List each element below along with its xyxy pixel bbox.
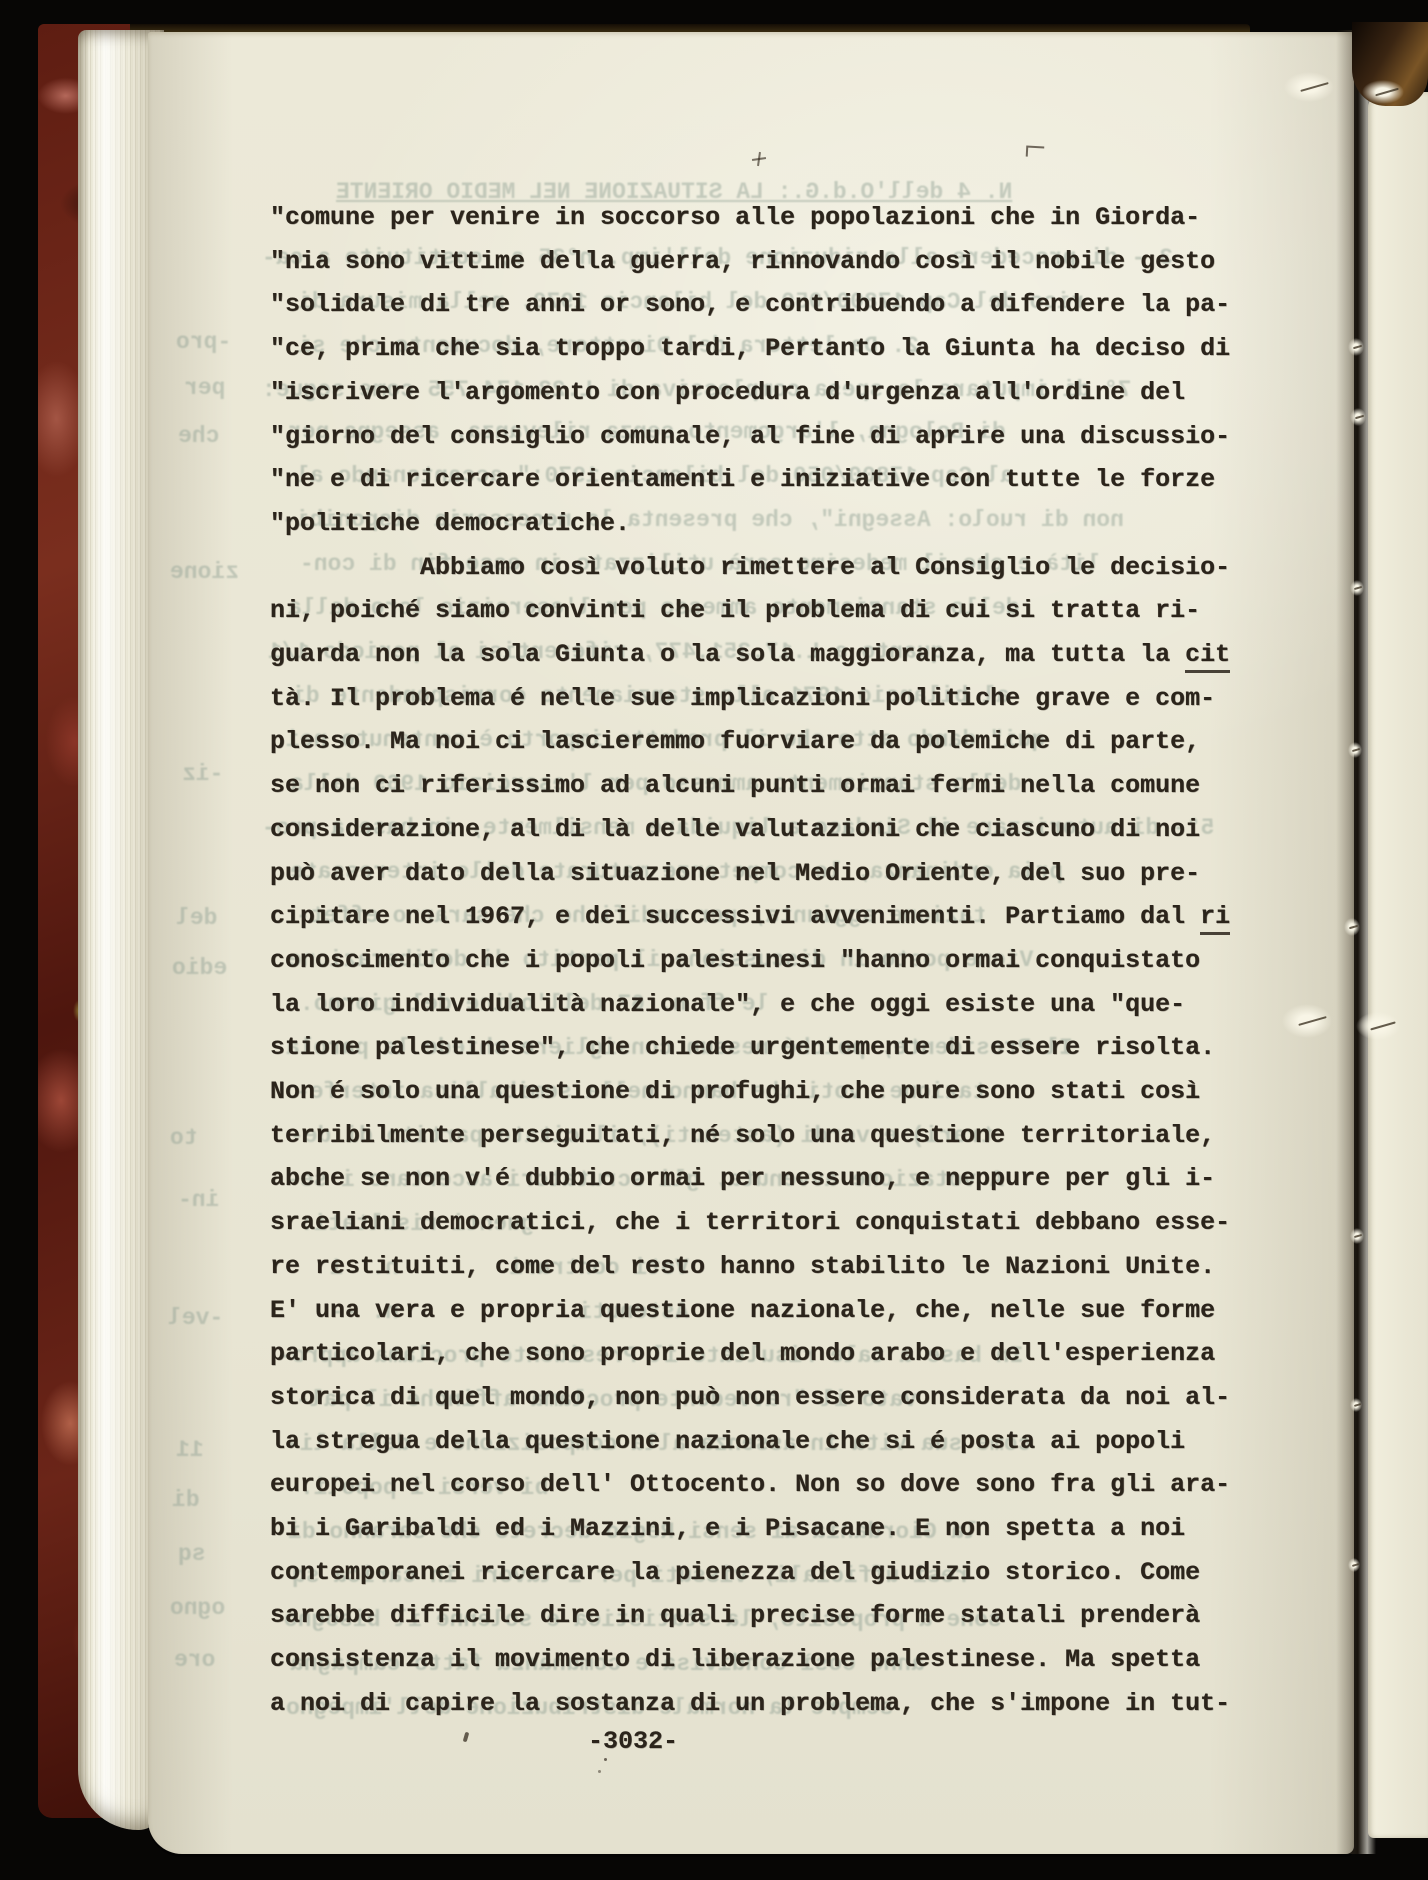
- typewritten-line: consistenza il movimento di liberazione …: [270, 1646, 1200, 1675]
- typewritten-line: la stregua della questione nazionale che…: [270, 1428, 1185, 1457]
- adjacent-page-edge: [1368, 92, 1428, 1838]
- stitch-mark: [1350, 408, 1366, 426]
- stitch-mark: [1282, 1004, 1332, 1038]
- typewritten-line: sarebbe difficile dire in quali precise …: [270, 1602, 1200, 1631]
- stitch-mark: [1350, 580, 1364, 596]
- typewritten-line: "ce, prima che sia troppo tardi, Pertant…: [270, 335, 1230, 364]
- typewritten-line: "politiche democratiche.: [270, 510, 630, 539]
- bleedthrough-line: edio: [172, 956, 227, 981]
- typewritten-line: "ne e di ricercare orientamenti e inizia…: [270, 466, 1215, 495]
- typewritten-line: stione palestinese", che chiede urgentem…: [270, 1034, 1215, 1063]
- typewritten-line: plesso. Ma noi ci lascieremmo fuorviare …: [270, 728, 1200, 757]
- scanned-book-page: N. 4 dell'O.d.G.: LA SITUAZIONE NEL MEDI…: [0, 0, 1428, 1880]
- bleedthrough-line: to: [170, 1126, 198, 1151]
- typewritten-line: considerazione, al di là delle valutazio…: [270, 816, 1200, 845]
- bleedthrough-line: in-: [178, 1188, 219, 1213]
- typewritten-line: cipitare nel 1967, e dei successivi avve…: [270, 903, 1230, 932]
- stitch-mark: [1348, 742, 1362, 758]
- typewritten-line: contemporanei ricercare la pienezza del …: [270, 1559, 1200, 1588]
- bleedthrough-line: del: [176, 906, 217, 931]
- typewritten-line: "iscrivere l'argomento con procedura d'u…: [270, 379, 1185, 408]
- typewritten-line: "nia sono vittime della guerra, rinnovan…: [270, 248, 1215, 277]
- typewritten-line: guarda non la sola Giunta o la sola magg…: [270, 641, 1230, 670]
- typewritten-line: sraeliani democratici, che i territori c…: [270, 1209, 1230, 1238]
- stitch-mark: [1348, 338, 1364, 356]
- typewritten-line: Abbiamo così voluto rimettere al Consigl…: [270, 554, 1230, 583]
- typewritten-line: particolari, che sono proprie del mondo …: [270, 1340, 1215, 1369]
- typewritten-line: la loro individualità nazionale", e che …: [270, 991, 1185, 1020]
- stitch-mark: [1362, 80, 1404, 104]
- bleedthrough-line: ore: [174, 1648, 215, 1673]
- stitch-mark: [1344, 918, 1360, 936]
- typewritten-line: europei nel corso dell' Ottocento. Non s…: [270, 1471, 1230, 1500]
- stray-ink-mark: [1026, 146, 1045, 158]
- bleedthrough-line: per: [184, 376, 225, 401]
- typewritten-line: bi i Garibaldi ed i Mazzini, e i Pisacan…: [270, 1515, 1185, 1544]
- bleedthrough-line: di: [172, 1488, 200, 1513]
- bleedthrough-line: N. 4 dell'O.d.G.: LA SITUAZIONE NEL MEDI…: [336, 180, 1012, 205]
- typewritten-line: conoscimento che i popoli palestinesi "h…: [270, 947, 1200, 976]
- bleedthrough-line: -vel: [168, 1306, 223, 1331]
- stitch-mark: [1350, 1398, 1362, 1412]
- stitch-mark: [1348, 1558, 1360, 1572]
- bleedthrough-line: zione: [170, 560, 239, 585]
- typewritten-line: "solidale di tre anni or sono, e contrib…: [270, 291, 1230, 320]
- stitch-mark: [1284, 72, 1334, 102]
- bleedthrough-line: -iz: [182, 762, 223, 787]
- typewritten-line: se non ci riferissimo ad alcuni punti or…: [270, 772, 1200, 801]
- stitch-mark: [1356, 1012, 1400, 1040]
- bleedthrough-line: -pro: [176, 330, 231, 355]
- bleedthrough-line: sq: [178, 1542, 206, 1567]
- typewritten-line: tà. Il problema é nelle sue implicazioni…: [270, 685, 1215, 714]
- stray-ink-mark: [752, 152, 766, 166]
- typewritten-line: "giorno del consiglio comunale, al fine …: [270, 423, 1230, 452]
- stray-ink-mark: [604, 1758, 607, 1761]
- bleedthrough-line: ogno: [170, 1596, 225, 1621]
- typewritten-line: Non é solo una questione di profughi, ch…: [270, 1078, 1200, 1107]
- typewritten-line: può aver dato della situazione nel Medio…: [270, 860, 1200, 889]
- typewritten-line: E' una vera e propria questione nazional…: [270, 1297, 1215, 1326]
- typewritten-line: "comune per venire in soccorso alle popo…: [270, 204, 1200, 233]
- typewritten-line: a noi di capire la sostanza di un proble…: [270, 1690, 1230, 1719]
- stitch-mark: [1350, 1228, 1364, 1244]
- typewritten-line: terribilmente perseguitati, né solo una …: [270, 1122, 1215, 1151]
- bleedthrough-line: che: [178, 424, 219, 449]
- typewritten-line: abche se non v'é dubbio ormai per nessun…: [270, 1165, 1215, 1194]
- bleedthrough-line: 11: [176, 1438, 204, 1463]
- typewritten-line: ni, poiché siamo convinti che il problem…: [270, 597, 1200, 626]
- page-number: -3032-: [588, 1728, 678, 1757]
- typewritten-line: storica di quel mondo, non può non esser…: [270, 1384, 1230, 1413]
- typewritten-line: re restituiti, come del resto hanno stab…: [270, 1253, 1215, 1282]
